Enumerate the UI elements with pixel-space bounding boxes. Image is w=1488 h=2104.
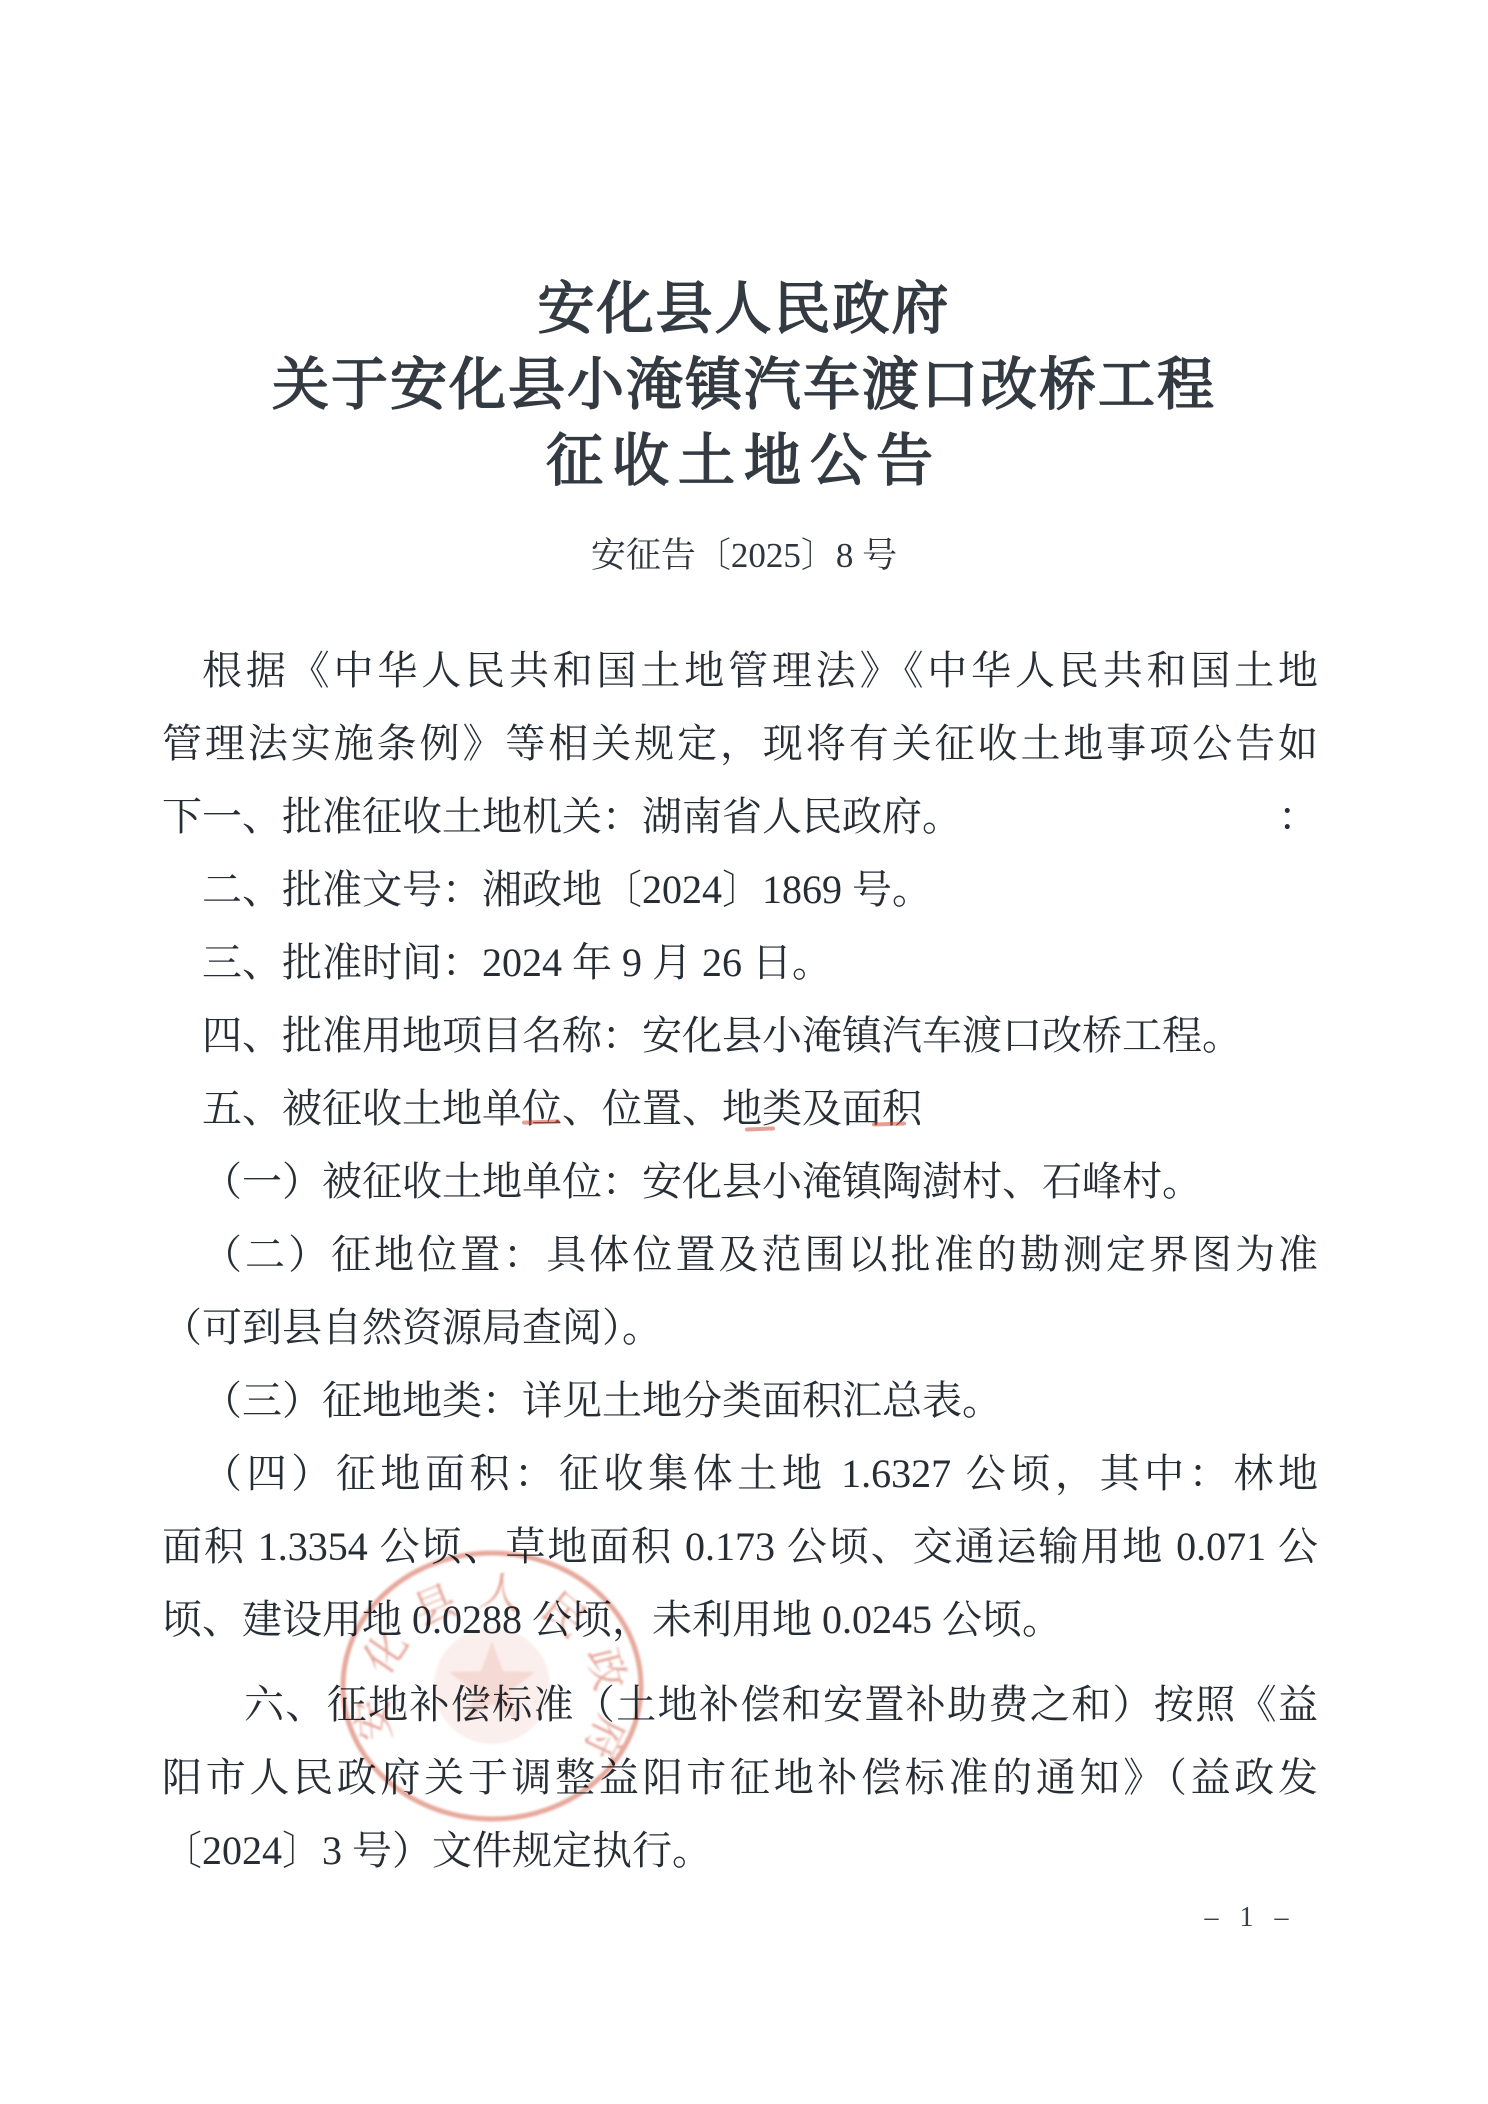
body-line: （二）征地位置：具体位置及范围以批准的勘测定界图为准 xyxy=(162,1218,1318,1291)
document-page: 安化县人民政府 关于安化县小淹镇汽车渡口改桥工程 征收土地公告 安征告〔2025… xyxy=(0,0,1488,2104)
document-title: 安化县人民政府 关于安化县小淹镇汽车渡口改桥工程 征收土地公告 xyxy=(0,272,1488,500)
body-line: 四、批准用地项目名称：安化县小淹镇汽车渡口改桥工程。 xyxy=(162,999,1318,1072)
body-line: 管理法实施条例》等相关规定，现将有关征收土地事项公告如下： xyxy=(162,707,1318,780)
body-line: 〔2024〕3 号）文件规定执行。 xyxy=(162,1814,1318,1887)
body-line: 五、被征收土地单位、位置、地类及面积 xyxy=(162,1072,1318,1145)
body-line: （一）被征收土地单位：安化县小淹镇陶澍村、石峰村。 xyxy=(162,1145,1318,1218)
body-line: 阳市人民政府关于调整益阳市征地补偿标准的通知》（益政发 xyxy=(162,1741,1318,1814)
body-line: 面积 1.3354 公顷、草地面积 0.173 公顷、交通运输用地 0.071 … xyxy=(162,1510,1318,1583)
title-line-1: 安化县人民政府 xyxy=(0,272,1488,348)
body-line: 顷、建设用地 0.0288 公顷，未利用地 0.0245 公顷。 xyxy=(162,1583,1318,1656)
body-text: 根据《中华人民共和国土地管理法》《中华人民共和国土地管理法实施条例》等相关规定，… xyxy=(162,634,1318,1887)
document-number: 安征告〔2025〕8 号 xyxy=(0,531,1488,581)
body-line: （四）征地面积：征收集体土地 1.6327 公顷，其中：林地 xyxy=(162,1437,1318,1510)
title-line-2: 关于安化县小淹镇汽车渡口改桥工程 xyxy=(0,348,1488,424)
body-line: （可到县自然资源局查阅）。 xyxy=(162,1291,1318,1364)
body-line: 三、批准时间：2024 年 9 月 26 日。 xyxy=(162,926,1318,999)
page-number: – 1 – xyxy=(1140,1898,1360,1938)
body-line: （三）征地地类：详见土地分类面积汇总表。 xyxy=(162,1364,1318,1437)
body-line: 六、征地补偿标准（土地补偿和安置补助费之和）按照《益 xyxy=(162,1668,1318,1741)
body-line: 二、批准文号：湘政地〔2024〕1869 号。 xyxy=(162,853,1318,926)
body-line: 根据《中华人民共和国土地管理法》《中华人民共和国土地 xyxy=(162,634,1318,707)
title-line-3: 征收土地公告 xyxy=(0,424,1488,500)
